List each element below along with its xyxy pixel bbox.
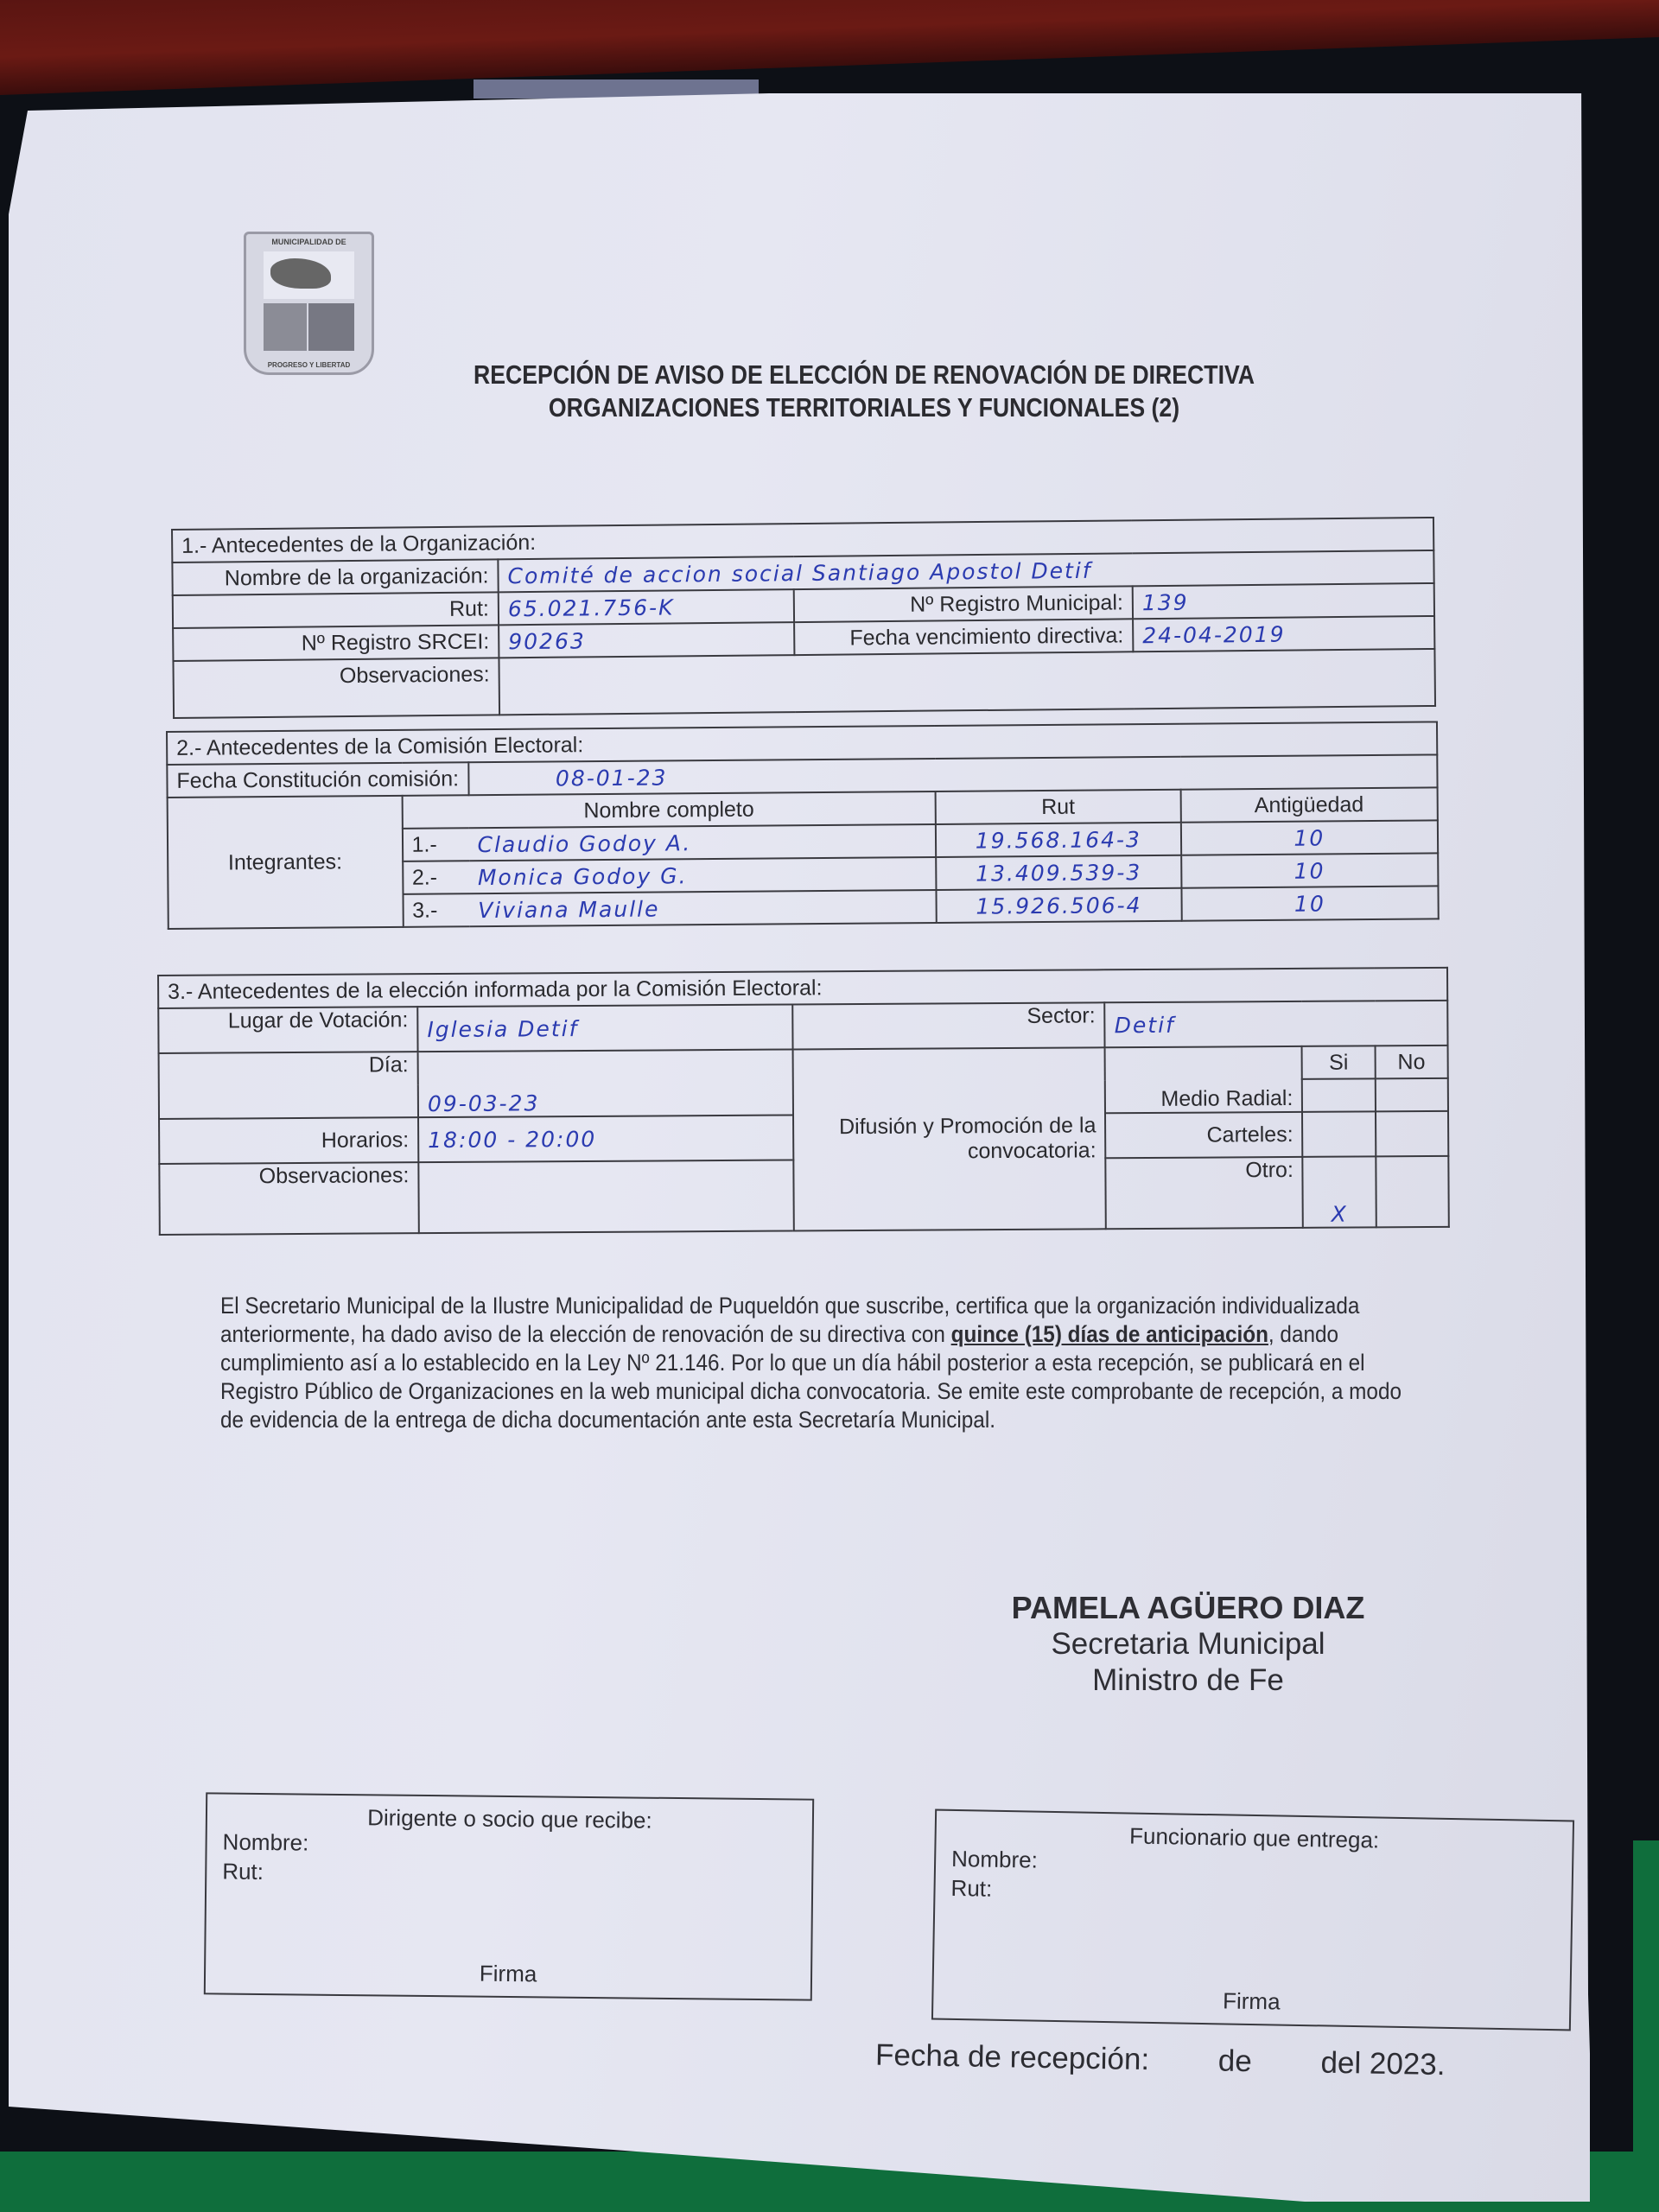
member-num: 2.- — [403, 861, 469, 894]
section-election: 3.- Antecedentes de la elección informad… — [157, 967, 1450, 1236]
deliverer-nombre-field[interactable]: Nombre: — [951, 1846, 1038, 1874]
signatory-name: PAMELA AGÜERO DIAZ — [994, 1590, 1382, 1626]
signature-block: PAMELA AGÜERO DIAZ Secretaria Municipal … — [994, 1590, 1382, 1699]
reg-srcei-field[interactable]: 90263 — [499, 622, 794, 658]
lugar-field[interactable]: Iglesia Detif — [417, 1005, 792, 1052]
org-name-label: Nombre de la organización: — [172, 559, 498, 595]
certificate-text-bold: quince (15) días de anticipación — [951, 1321, 1268, 1347]
fecha-venc-field[interactable]: 24-04-2019 — [1133, 616, 1434, 652]
dia-field[interactable]: 09-03-23 — [418, 1050, 793, 1118]
logo-top-text: MUNICIPALIDAD DE — [246, 238, 372, 246]
no-header: No — [1375, 1046, 1448, 1079]
col-rut-header: Rut — [936, 790, 1181, 824]
lugar-label: Lugar de Votación: — [158, 1007, 417, 1053]
carteles-label: Carteles: — [1105, 1112, 1302, 1158]
dia-label: Día: — [159, 1052, 418, 1119]
horarios-label: Horarios: — [159, 1117, 418, 1164]
otro-label: Otro: — [1106, 1157, 1304, 1229]
logo-bottom-text: PROGRESO Y LIBERTAD — [246, 361, 372, 369]
deliverer-box: Funcionario que entrega: Nombre: Rut: Fi… — [931, 1809, 1574, 2031]
obs-field[interactable] — [499, 649, 1435, 715]
receiver-nombre-field[interactable]: Nombre: — [222, 1829, 308, 1857]
obs-label: Observaciones: — [173, 658, 499, 718]
background-table-edge — [0, 0, 1659, 95]
member-num: 3.- — [403, 893, 469, 927]
document-title: RECEPCIÓN DE AVISO DE ELECCIÓN DE RENOVA… — [418, 359, 1310, 424]
si-header: Si — [1302, 1046, 1375, 1079]
fecha-recepcion-de: de — [1218, 2044, 1253, 2079]
member-rut[interactable]: 19.568.164-3 — [936, 823, 1181, 857]
reg-municipal-label: Nº Registro Municipal: — [794, 586, 1133, 622]
fecha-venc-label: Fecha vencimiento directiva: — [794, 619, 1133, 655]
horarios-field[interactable]: 18:00 - 20:00 — [418, 1116, 793, 1163]
sector-field[interactable]: Detif — [1105, 1001, 1448, 1047]
signatory-role-2: Ministro de Fe — [994, 1662, 1382, 1699]
otro-no-checkbox[interactable] — [1376, 1156, 1449, 1228]
member-antiguedad[interactable]: 10 — [1181, 853, 1439, 887]
rut-field[interactable]: 65.021.756-K — [499, 589, 794, 625]
logo-map-icon — [264, 251, 354, 299]
member-rut[interactable]: 15.926.506-4 — [937, 888, 1182, 923]
receiver-rut-field[interactable]: Rut: — [222, 1859, 264, 1885]
member-name[interactable]: Claudio Godoy A. — [468, 824, 936, 861]
signatory-role: Secretaria Municipal — [994, 1626, 1382, 1662]
certificate-paragraph: El Secretario Municipal de la Ilustre Mu… — [220, 1292, 1402, 1434]
member-antiguedad[interactable]: 10 — [1181, 886, 1439, 920]
otro-si-checkbox[interactable]: X — [1303, 1156, 1376, 1228]
member-antiguedad[interactable]: 10 — [1180, 820, 1438, 855]
fecha-recepcion-label: Fecha de recepción: — [875, 2038, 1150, 2077]
carteles-si-checkbox[interactable] — [1302, 1111, 1376, 1157]
medio-radial-no-checkbox[interactable] — [1375, 1078, 1448, 1112]
section-commission: 2.- Antecedentes de la Comisión Electora… — [166, 721, 1440, 930]
member-name[interactable]: Viviana Maulle — [469, 890, 937, 926]
deliverer-firma-field[interactable]: Firma — [933, 1983, 1569, 2021]
obs3-label: Observaciones: — [159, 1162, 419, 1235]
member-rut[interactable]: 13.409.539-3 — [936, 855, 1181, 890]
title-line-2: ORGANIZACIONES TERRITORIALES Y FUNCIONAL… — [418, 391, 1310, 424]
difusion-label: Difusión y Promoción de la convocatoria: — [792, 1047, 1106, 1230]
obs3-field[interactable] — [418, 1160, 793, 1234]
carteles-no-checkbox[interactable] — [1376, 1111, 1449, 1157]
receiver-firma-field[interactable]: Firma — [206, 1957, 810, 1990]
member-num: 1.- — [402, 828, 468, 861]
fecha-const-label: Fecha Constitución comisión: — [167, 762, 468, 798]
section-organization: 1.- Antecedentes de la Organización: Nom… — [171, 517, 1436, 719]
logo-boat-icon — [308, 303, 354, 351]
reg-srcei-label: Nº Registro SRCEI: — [173, 625, 499, 661]
sector-label: Sector: — [792, 1002, 1105, 1049]
col-nombre-header: Nombre completo — [402, 791, 936, 829]
rut-label: Rut: — [173, 592, 499, 628]
col-antiguedad-header: Antigüedad — [1180, 787, 1438, 822]
integrantes-label: Integrantes: — [168, 796, 404, 929]
municipal-logo: MUNICIPALIDAD DE PROGRESO Y LIBERTAD — [244, 232, 374, 375]
member-name[interactable]: Monica Godoy G. — [469, 857, 937, 893]
medio-radial-si-checkbox[interactable] — [1302, 1078, 1375, 1112]
fecha-recepcion-year: del 2023. — [1320, 2046, 1446, 2082]
medio-radial-label: Medio Radial: — [1105, 1046, 1303, 1113]
receiver-box: Dirigente o socio que recibe: Nombre: Ru… — [204, 1792, 814, 2000]
title-line-1: RECEPCIÓN DE AVISO DE ELECCIÓN DE RENOVA… — [418, 359, 1310, 391]
reg-municipal-field[interactable]: 139 — [1133, 583, 1434, 619]
background-green-surface-right — [1633, 1840, 1659, 2212]
logo-trees-icon — [264, 303, 307, 351]
deliverer-rut-field[interactable]: Rut: — [950, 1875, 992, 1903]
